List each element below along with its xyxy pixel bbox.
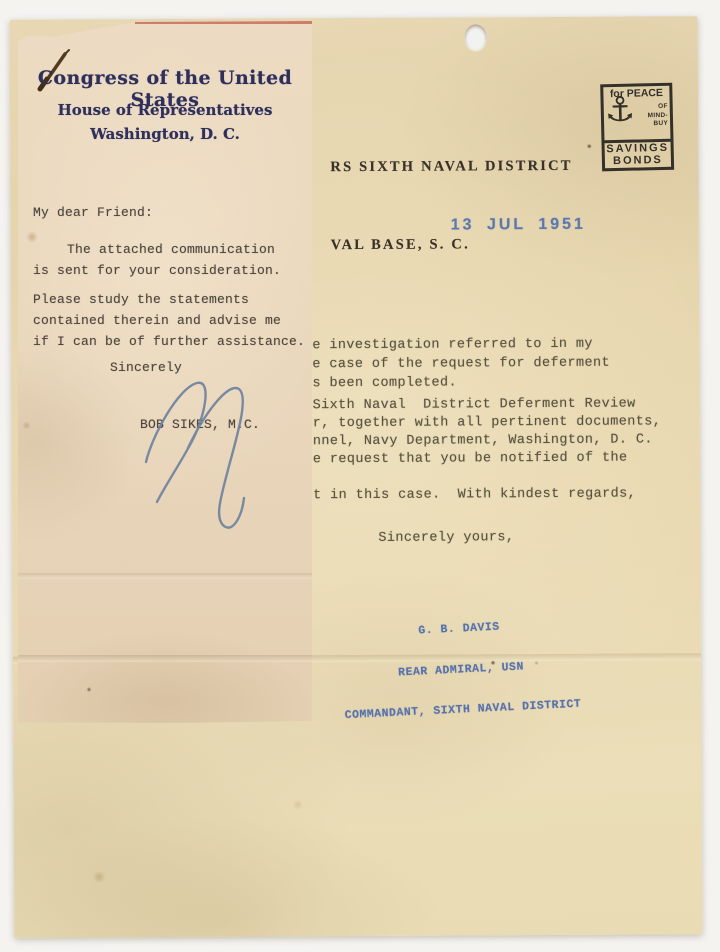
fold-crease [18, 573, 312, 579]
congress-body-line: contained therein and advise me [33, 313, 281, 328]
naval-body-line: nnel, Navy Department, Washington, D. C. [313, 432, 653, 449]
stain-spot [92, 871, 106, 882]
stain-spot [586, 144, 592, 149]
congress-letterhead-line2: House of Representatives [18, 101, 312, 119]
congress-body-line: Please study the statements [33, 292, 249, 307]
naval-letterhead: RS SIXTH NAVAL DISTRICT VAL BASE, S. C. [330, 101, 573, 310]
document-scan: { "congress_letter": { "letterhead": [ "… [0, 0, 720, 952]
naval-body-line: Sixth Naval District Deferment Review [313, 397, 636, 414]
naval-body-line: r, together with all pertinent documents… [313, 414, 662, 431]
naval-body-line: s been completed. [312, 375, 457, 391]
signature-stamp-name: G. B. DAVIS [339, 617, 579, 642]
bond-side-line1: OF [647, 103, 667, 112]
signature-stamp-title: COMMANDANT, SIXTH NAVAL DISTRICT [343, 698, 583, 723]
punch-hole [465, 24, 487, 50]
handwritten-signature [136, 376, 271, 541]
bond-side-line3: BUY [648, 120, 668, 129]
received-date-stamp: 13 JUL 1951 [451, 216, 586, 235]
naval-body-line: e request that you be notified of the [313, 451, 628, 468]
savings-bonds-stamp: for PEACE ⚓ OF MIND- BUY SAVINGS BONDS [600, 83, 674, 172]
naval-valediction: Sincerely yours, [378, 530, 514, 546]
bond-stamp-middle: ⚓ OF MIND- BUY [604, 99, 671, 140]
congress-letter-page: Congress of the United States House of R… [18, 21, 312, 723]
congress-letterhead-line3: Washington, D. C. [18, 125, 312, 143]
commandant-signature-stamp: G. B. DAVIS REAR ADMIRAL, USN COMMANDANT… [338, 590, 585, 750]
naval-letterhead-line2: VAL BASE, S. C. [331, 231, 573, 258]
congress-body-line: The attached communication [67, 242, 275, 257]
congress-body-line: is sent for your consideration. [33, 263, 281, 278]
congress-closing: Sincerely [110, 360, 182, 375]
bond-stamp-bottom-text: SAVINGS BONDS [604, 139, 671, 168]
bond-bottom-line2: BONDS [605, 154, 671, 167]
stain-spot [86, 687, 92, 692]
naval-letterhead-line1: RS SIXTH NAVAL DISTRICT [330, 153, 572, 180]
naval-body-line: e investigation referred to in my [312, 337, 593, 353]
bond-stamp-side-text: OF MIND- BUY [647, 103, 668, 129]
salutation: My dear Friend: [33, 205, 153, 220]
naval-body-line: t in this case. With kindest regards, [313, 487, 636, 504]
fold-crease [18, 655, 312, 662]
naval-body-line: e case of the request for deferment [312, 356, 610, 373]
stain-spot [26, 231, 38, 243]
congress-body-line: if I can be of further assistance. [33, 334, 305, 349]
stain-spot [292, 800, 304, 809]
stain-spot [22, 421, 31, 430]
anchor-icon: ⚓ [604, 93, 635, 128]
